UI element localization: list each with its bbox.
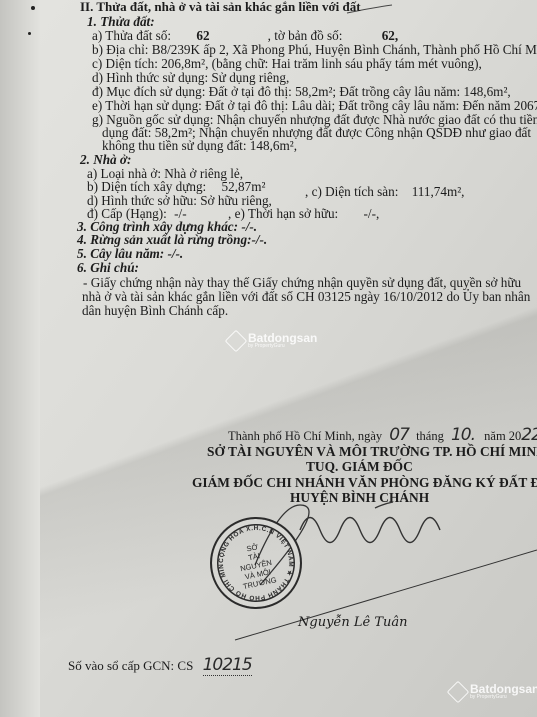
floor-area-row: , c) Diện tích sàn: 111,74m², xyxy=(305,185,464,199)
date-prefix: Thành phố Hồ Chí Minh, ngày xyxy=(228,429,382,443)
floor-area-value: 111,74m², xyxy=(412,184,465,199)
official-stamp: CỘNG HÒA X.H.C.N VIỆT NAM ★ THÀNH PHỐ HỒ… xyxy=(210,517,302,609)
speck xyxy=(31,6,35,10)
note-line-1: - Giấy chứng nhận này thay thế Giấy chứn… xyxy=(83,276,521,290)
address-row: b) Địa chỉ: B8/239K ấp 2, Xã Phong Phú, … xyxy=(92,43,537,57)
area-row: c) Diện tích: 206,8m², (bằng chữ: Hai tr… xyxy=(92,57,482,71)
stamp-center-text: SỞ TÀI NGUYÊN VÀ MÔI TRƯỜNG xyxy=(230,539,282,592)
batdongsan-logo-icon xyxy=(447,680,470,703)
department-name: SỞ TÀI NGUYÊN VÀ MÔI TRƯỜNG TP. HỒ CHÍ M… xyxy=(207,445,537,459)
built-area-row: b) Diện tích xây dựng: 52,87m² xyxy=(87,180,265,194)
term-row: e) Thời hạn sử dụng: Đất ở tại đô thị: L… xyxy=(92,99,537,113)
section-heading: II. Thửa đất, nhà ở và tài sản khác gắn … xyxy=(80,0,361,14)
plot-number-row: a) Thửa đất số: 62 , tờ bản đồ số: 62, xyxy=(92,29,398,43)
usage-form-row: d) Hình thức sử dụng: Sử dụng riêng, xyxy=(92,71,289,85)
built-area-value: 52,87m² xyxy=(222,179,266,194)
watermark-sub: by PropertyGuru xyxy=(470,695,537,700)
registry-number-handwritten: 10215 xyxy=(203,655,252,676)
note-line-2: nhà ở và tài sản khác gắn liền với đất s… xyxy=(82,290,530,304)
house-heading: 2. Nhà ở: xyxy=(80,153,131,167)
signer-name: Nguyễn Lê Tuân xyxy=(298,616,408,630)
page-edge-shadow xyxy=(0,0,40,717)
perennial-trees: 5. Cây lâu năm: -/-. xyxy=(77,247,183,261)
day-handwritten: 07 xyxy=(389,425,409,445)
planted-forest: 4. Rừng sản xuất là rừng trồng:-/-. xyxy=(77,233,267,247)
plot-number: 62 xyxy=(196,29,246,43)
registry-number-row: Số vào sổ cấp GCN: CS 10215 xyxy=(68,658,252,673)
map-sheet-number: 62, xyxy=(382,28,398,43)
watermark-sub: by PropertyGuru xyxy=(248,344,317,349)
watermark: Batdongsan by PropertyGuru xyxy=(228,332,317,349)
purpose-row: đ) Mục đích sử dụng: Đất ở tại đô thị: 5… xyxy=(92,85,511,99)
speck xyxy=(28,32,31,35)
registry-label: Số vào sổ cấp GCN: CS xyxy=(68,658,193,673)
watermark: Batdongsan by PropertyGuru xyxy=(450,683,537,700)
month-label: tháng xyxy=(416,429,444,443)
floor-area-label: , c) Diện tích sàn: xyxy=(305,184,398,199)
year-handwritten: 22 xyxy=(521,425,537,445)
issue-date-row: Thành phố Hồ Chí Minh, ngày 07 tháng 10.… xyxy=(228,428,537,443)
origin-line-3: không thu tiền sử dụng đất: 148,6m², xyxy=(102,139,297,153)
map-sheet-label: , tờ bản đồ số: xyxy=(268,28,343,43)
tuq-line: TUQ. GIÁM ĐỐC xyxy=(306,460,413,474)
year-label: năm 20 xyxy=(484,429,521,443)
director-title: GIÁM ĐỐC CHI NHÁNH VĂN PHÒNG ĐĂNG KÝ ĐẤT… xyxy=(192,476,537,490)
notes-heading: 6. Ghi chú: xyxy=(77,261,139,275)
built-area-label: b) Diện tích xây dựng: xyxy=(87,179,206,194)
note-line-3: dân huyện Bình Chánh cấp. xyxy=(82,304,228,318)
land-heading: 1. Thửa đất: xyxy=(87,15,155,29)
month-handwritten: 10. xyxy=(451,425,475,445)
plot-label: a) Thửa đất số: xyxy=(92,28,171,43)
batdongsan-logo-icon xyxy=(225,329,248,352)
ownership-term-value: -/-, xyxy=(364,206,380,221)
certificate-page: II. Thửa đất, nhà ở và tài sản khác gắn … xyxy=(0,0,537,717)
